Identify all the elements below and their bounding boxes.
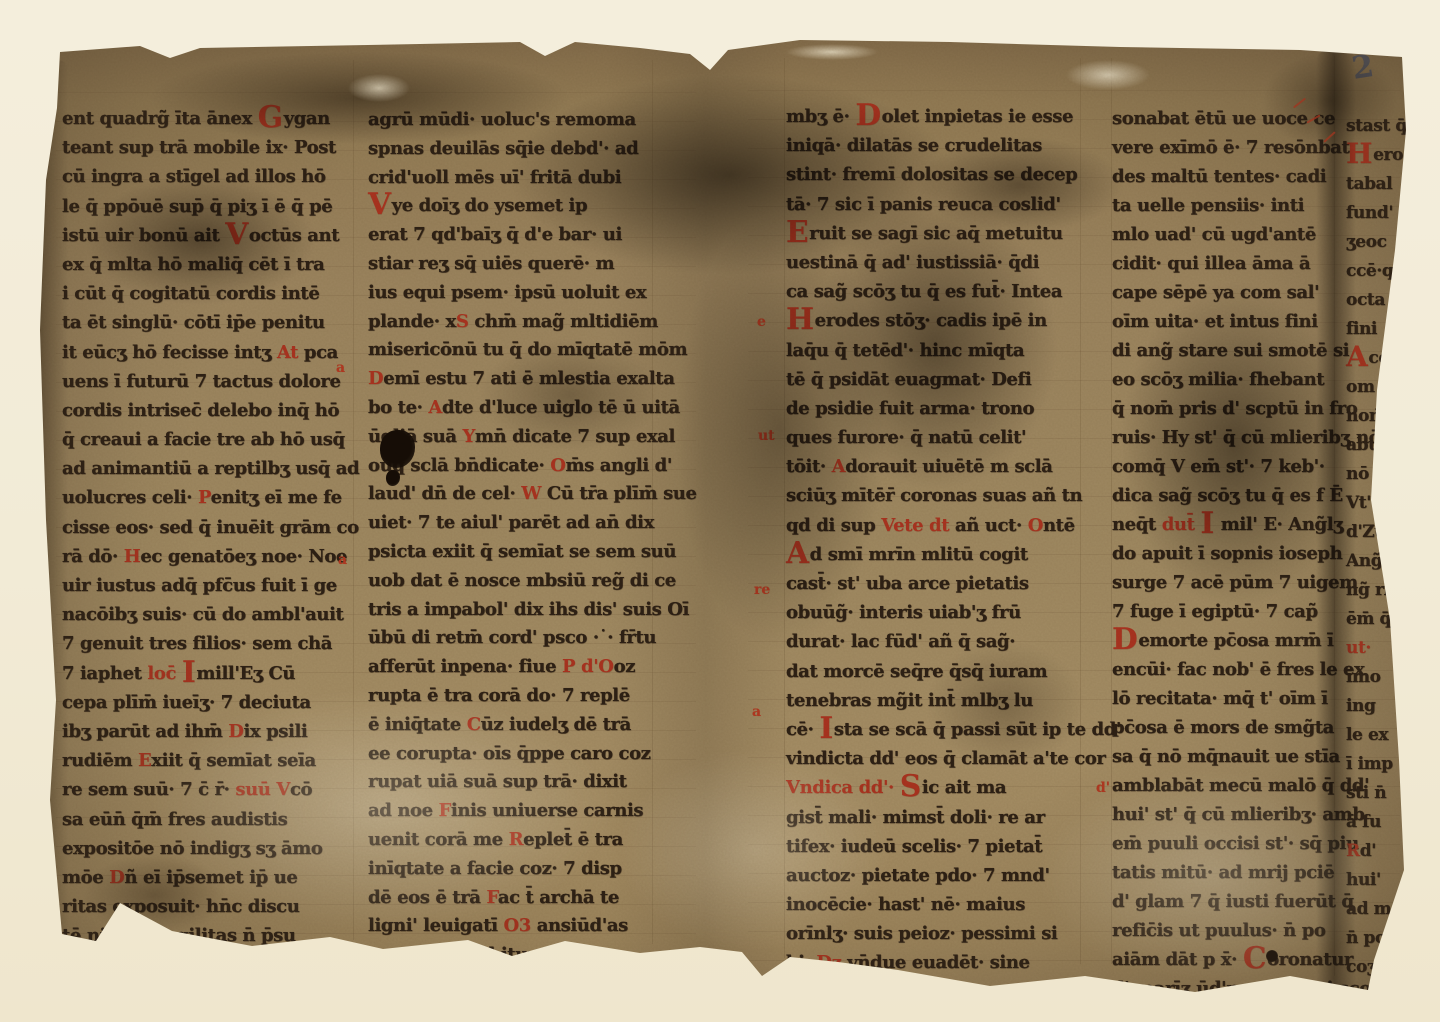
text-line: uob dat ē nosce mbsiū reg̃ di ce [368,567,654,596]
rubric-text: E [138,750,151,771]
text-line: afferūt inpena· fiue P d'Ooz [368,653,654,682]
text-line: bi· Dʒ vn̄due euadēt· sine [786,948,1074,977]
text-line: plande· xS chm̄ mag̃ mltidiēm [368,308,654,337]
text-line: uir iustus adq̄ pfc̄us fuit ī ge [62,571,338,600]
ink-text: uens ī futurū 7 tactus dolore [62,371,341,392]
text-line: d'Zue [1346,518,1410,547]
rubric-text: loc̄ [147,663,181,684]
margin-rubric-mark: e [757,314,766,330]
ink-text: nacōibʒ suis· cū do ambl'auit [62,604,343,625]
ink-text: sta se scā q̄ passi sūt ip te dd' [834,719,1121,740]
ink-text: coʒ 7ʒ [1346,957,1402,977]
text-line: Ad smī mrīn mlitū cogit [786,540,1074,569]
ink-text: añ uct· [949,515,1028,536]
text-line: agrū mūdi· uoluc's remoma [368,106,654,135]
text-line: dica sag̃ scōʒ tu q̄ es f Ē [1112,481,1338,510]
text-line: ī imp [1346,750,1410,779]
ink-text: tes facies· 7 bitumīe linies [368,944,623,965]
rubric-text: P [198,487,211,508]
ink-text: obuūg̃· interis uiab'ʒ frū [786,602,1021,623]
ink-text: encūi· fac nob' ē fres le ex [1112,659,1364,680]
text-line: sti n̄ [1346,779,1410,808]
ink-text: sti n̄ [1346,783,1386,803]
ink-text: sciūʒ mītēr̄ coronas suas añ tn [786,485,1082,506]
ink-text: ques furore· q̄ natū celit' [786,427,1026,448]
text-line: cape sēpē ya com sal' [1112,278,1338,307]
light-worn-area [150,690,610,930]
ink-text: cidit· qui illea āma ā [1112,253,1310,274]
ink-text: ta ēt singlū· cōtī ip̄e penitu [62,312,325,333]
text-line: des maltū tentes· cadi [1112,162,1338,191]
ink-text: plande· x [368,311,456,332]
ink-text: le q̄ ppōuē sup̄ q̄ piʒ ī ē q̄ pē [62,196,332,217]
ink-text: i cūt q̄ cogitatū cordis intē [62,283,319,304]
text-line: sa q̄ nō mq̄nauit ue stīa [1112,742,1338,771]
ink-text: īmo [1346,667,1381,687]
text-line: ius equi psem· ipsū uoluit ex [368,279,654,308]
text-line: Acce [1346,344,1410,373]
ink-text: rudiēm [62,750,138,771]
ink-text: sa q̄ nō mq̄nauit ue stīa [1112,746,1340,767]
rubric-initial: N [903,974,931,1009]
text-line: cē· Ista se scā q̄ passi sūt ip te dd' [786,715,1074,744]
ink-text: dorauit uiuētē m sclā [845,456,1052,477]
text-line: rā dō· Hec genatōeʒ noe· Noe [62,542,338,571]
ink-text: iniqā· dilatās se crudelitas [786,135,1042,156]
margin-rubric-mark: re [754,582,770,598]
rubric-initial: I [819,711,834,746]
rubric-initial: V [225,217,249,252]
rubric-initial: V [368,187,392,222]
rubric-initial: E [786,215,809,250]
text-line: eo scōʒ milia· fhebant [1112,365,1338,394]
text-line: ent quadrg̃ īta ānex Gygan [62,104,338,133]
text-line: Hero [1346,141,1410,170]
text-line: tes facies· 7 bitumīe linies [368,941,654,970]
text-line: uestinā q̄ ad' iustissiā· q̄di [786,248,1074,277]
rubric-initial: G [258,100,284,135]
text-line: ʒeoc [1346,228,1410,257]
rubric-text: A [832,456,846,477]
ink-text: pc̄osa ē mors de smg̃ta [1112,717,1334,738]
text-line: comq̄ V em̄ st'· 7 keb'· [1112,452,1338,481]
ink-text: spnas deuilās sq̄ie debd'· ad [368,138,638,159]
ink-text: nō se [1346,464,1394,484]
ink-text: de psidie fuit arma· trono [786,398,1034,419]
rubric-text: P d'O [562,656,614,677]
text-line: ing [1346,692,1410,721]
ink-text: fini [1346,319,1377,339]
text-line: cast̄· st' uba arce pietatis [786,569,1074,598]
text-line: bo te· Adte d'luce uiglo tē ū uitā [368,394,654,423]
text-line: octa se [1346,286,1410,315]
text-line: mit p̄se· 7 statē mlt' [62,950,338,979]
ink-text: ouēbʒ [930,982,987,1003]
ink-text: tris a impabol' dix ihs dis' suis Oī [368,599,689,620]
white-scuff [1066,60,1150,90]
ink-text: tē niuna fragilitas n̄ p̄su [62,925,296,946]
text-line: ccē·qʒ [1346,257,1410,286]
ink-text: 7 iaphet [62,663,147,684]
ink-text: ēm̄ q̄ [1346,609,1391,629]
text-line: vere exīmō ē· 7 resōnbat [1112,133,1338,162]
ink-text: psicta exiit q̄ semīat se sem suū [368,541,676,562]
white-scuff [348,74,410,102]
text-line: cisse eos· sed q̄ inuēit grām co [62,513,338,542]
ink-text: istū uir bonū ait [62,225,225,246]
ink-text: des maltū tentes· cadi [1112,166,1326,187]
text-line: ad animantiū a reptilbʒ usq̄ ad [62,454,338,483]
text-line: stint· fremī dolositas se decep [786,160,1074,189]
text-line: durat· lac fūd' añ q̄ sag̃· [786,627,1074,656]
rubric-text: O [1028,515,1043,536]
ink-text: crid'uoll mēs uī' fritā dubi [368,167,621,188]
text-line: qd di sup Vete dt añ uct· Ontē [786,511,1074,540]
ink-text: q̄ nom̄ pris d' scptū in fro [1112,398,1357,419]
ink-text: agrū mūdi· uoluc's remoma [368,109,636,130]
ink-text: ntē [1043,515,1075,536]
text-line: nacōibʒ suis· cū do ambl'auit [62,600,338,629]
ink-text: 7 genuit tres filios· sem chā [62,633,332,654]
text-line: q̄ creaui a facie tre ab hō usq̄ [62,425,338,454]
text-line: fund' [1346,199,1410,228]
rubric-text: O3 [503,915,530,936]
ink-text: rā dō· [62,546,124,567]
text-line: ēm̄ q̄ [1346,605,1410,634]
ink-text: ccē·qʒ [1346,261,1403,281]
ink-text: olet inpietas ie esse [882,106,1073,127]
text-line: īmo [1346,663,1410,692]
text-line: 7 genuit tres filios· sem chā [62,629,338,658]
text-line: coʒ 7ʒ [1346,953,1410,982]
text-line: do apuit ī sopnis ioseph [1112,539,1338,568]
text-line: 7 fuge ī egiptū· 7 cap̃ [1112,597,1338,626]
ink-text: enitʒ eī me fe [211,487,342,508]
ink-text: tōit· [786,456,832,477]
text-line: uens ī futurū 7 tactus dolore [62,367,338,396]
ink-text: afferūt inpena· fiue [368,656,562,677]
text-line: psicta exiit q̄ semīat se sem suū [368,538,654,567]
ink-text: tē q̄ psidāt euagmat· Defi [786,369,1031,390]
ink-text: ng̃ ric [1346,580,1400,600]
ink-text: 7 fuge ī egiptū· 7 cap̃ [1112,601,1318,622]
ink-text: octa se [1346,290,1410,310]
ink-text: dte d'luce uiglo tē ū uitā [442,397,680,418]
ink-text: ic ait ma [922,777,1006,798]
text-line: ca sag̃ scōʒ tu q̄ es fut̄· Intea [786,277,1074,306]
ink-text: abus [1346,435,1389,455]
ink-text: mōe [62,867,109,888]
text-line: q̄ nom̄ pris d' scptū in fro [1112,394,1338,423]
ink-text: teant sup trā mobile ix· Post [62,137,336,158]
ink-text: vere exīmō ē· 7 resōnbat [1112,137,1349,158]
text-line: Demorte pc̄osa mrm̄ ī [1112,626,1338,655]
light-worn-area [1040,770,1380,980]
ink-text: q̄ creaui a facie tre ab hō usq̄ [62,429,345,450]
ink-text: fund' [1346,203,1393,223]
ink-text: cape sēpē ya com sal' [1112,282,1319,303]
text-line: erat 7 qd'baīʒ q̄ d'e bar· ui [368,221,654,250]
text-line: di ang̃ stare sui smotē si [1112,336,1338,365]
text-line: misericōnū tu q̄ do mīqtatē mōm [368,336,654,365]
ink-text: ec genatōeʒ noe· Noe [140,546,347,567]
ink-text: ad animantiū a reptilbʒ usq̄ ad [62,458,359,479]
ink-text: vindicta dd' eos q̄ clamāt a'te cor [786,748,1105,769]
ink-text: ūbū di retm̄ cord' psco ·˙· fr̄tu [368,627,656,648]
text-line: Eruit se sagī sic aq̄ metuitu [786,219,1074,248]
ink-text: qd di sup [786,515,881,536]
ink-text: uestinā q̄ ad' iustissiā· q̄di [786,252,1039,273]
text-line: sonabat ētū ue uoce ce [1112,104,1338,133]
ink-text: d smī mrīn mlitū cogit [810,544,1028,565]
rubric-text: A [428,397,442,418]
text-line: mbʒ ē· Dolet inpietas ie esse [786,102,1074,131]
text-line: de psidie fuit arma· trono [786,394,1074,423]
text-line: mlo uad' cū ugd'antē [1112,220,1338,249]
rubric-text: D [368,368,383,389]
ink-text: tā· 7 sic ī panis reuca coslid' [786,194,1061,215]
ink-text: bi· [786,952,816,973]
text-line: ta uelle pensiis· inti [1112,191,1338,220]
ink-text: ruis· Hy st' q̄ cū mlieribʒ nō [1112,427,1380,448]
text-line: surge 7 acē pūm 7 uigem [1112,568,1338,597]
ink-text: ī imp [1346,754,1393,774]
ink-text: mlo uad' cū ugd'antē [1112,224,1316,245]
ink-text: mit p̄se· 7 statē mlt' [62,954,255,975]
text-line: dat morcē seq̄re q̄sq̄ iuram [786,657,1074,686]
text-line: ng̃ ric [1346,576,1410,605]
ink-text: sonabat ētū ue uoce ce [1112,108,1335,129]
ink-text: uir iustus adq̄ pfc̄us fuit ī ge [62,575,337,596]
text-line: ruis· Hy st' q̄ cū mlieribʒ nō [1112,423,1338,452]
ink-text: mbʒ ē· [786,106,855,127]
ink-text: mill'Eʒ Cū [196,663,295,684]
ink-text: Vt' [1346,493,1371,513]
ink-text: mil' E· Ang̃lʒ [1215,514,1343,535]
rubric-initial: I [182,655,197,690]
ink-text: vn̄due euadēt· sine [841,952,1029,973]
rubric-text: O [550,455,565,476]
ink-text: do apuit ī sopnis ioseph [1112,543,1342,564]
ink-text: le ex [1346,725,1388,745]
text-line: nom̄ d' [1346,402,1410,431]
folio-number: 2 [1349,45,1394,87]
text-line: ques furore· q̄ natū celit' [786,423,1074,452]
text-line: ex q̄ mlta hō maliq̄ cēt ī tra [62,250,338,279]
margin-rubric-mark: a [336,360,345,376]
rubric-text: At [277,342,298,363]
worm-hole [1266,950,1278,962]
ink-text: it eūcʒ hō fecisse intʒ [62,342,277,363]
text-line: tabal [1346,170,1410,199]
ink-text: nom̄ d' [1346,406,1408,426]
text-line: Ang̃'ʒ [1346,547,1410,576]
text-line: it eūcʒ hō fecisse intʒ At pca [62,338,338,367]
text-line: obuūg̃· interis uiab'ʒ frū [786,598,1074,627]
text-line: uiet· 7 te aiul' parēt ad an̄ dix [368,509,654,538]
text-line: tā· 7 sic ī panis reuca coslid' [786,190,1074,219]
ink-text: emī estu 7 ati ē mlestia exalta [383,368,674,389]
rubric-initial: H [786,302,815,337]
text-line: Vt' [1346,489,1410,518]
ink-text: stint· fremī dolositas se decep [786,164,1077,185]
rubric-text: S [456,311,469,332]
text-line: teant sup trā mobile ix· Post [62,133,338,162]
text-line: Vye doīʒ do ysemet ip [368,192,654,221]
text-line: q̄ iustos st'· Nouēbʒ [786,978,1074,1007]
ink-text: lō recitata· mq̄ t' oīm ī [1112,688,1328,709]
rubric-initial: H [1346,137,1373,170]
text-line: le ex [1346,721,1410,750]
text-line: 7 iaphet loc̄ Imill'Eʒ Cū [62,659,338,688]
text-line: ta ēt singlū· cōtī ip̄e penitu [62,308,338,337]
ink-text: cce [1368,348,1398,368]
ink-text: tabal [1346,174,1392,194]
text-line: uolucres celi· Penitʒ eī me fe [62,483,338,512]
ink-text: ta uelle pensiis· inti [1112,195,1304,216]
ink-text: octūs ant [249,225,339,246]
rubric-text: H [124,546,141,567]
text-line: iniqā· dilatās se crudelitas [786,131,1074,160]
margin-rubric-mark: a [752,704,761,720]
ink-text: pca [298,342,338,363]
ink-text: ent quadrg̃ īta ānex [62,108,258,129]
text-line: istū uir bonū ait Voctūs ant [62,221,338,250]
ink-text: ygan [284,108,330,129]
margin-rubric-mark: a [338,552,347,568]
text-line: stiar reʒ sq̄ uiēs querē· m [368,250,654,279]
text-line: cordis intrisec̄ delebo inq̄ hō [62,396,338,425]
ink-text: cordis intrisec̄ delebo inq̄ hō [62,400,339,421]
text-line: cidit· qui illea āma ā [1112,249,1338,278]
rubric-text: W [521,483,541,504]
text-line: lō recitata· mq̄ t' oīm ī [1112,684,1338,713]
ink-text: ʒeoc [1346,232,1387,252]
parchment: ent quadrg̃ īta ānex Gyganteant sup trā … [0,0,1440,1022]
ink-text: bo te· [368,397,428,418]
ink-text: ca sag̃ scōʒ tu q̄ es fut̄· Intea [786,281,1062,302]
rubric-text: Y [462,426,474,447]
ink-text: mn̄ dicate 7 sup exal [475,426,675,447]
text-line: neq̄t dut̄ I mil' E· Ang̃lʒ [1112,510,1338,539]
ink-text: cast̄· st' uba arce pietatis [786,573,1029,594]
text-line: nō se [1346,460,1410,489]
text-line: le q̄ ppōuē sup̄ q̄ piʒ ī ē q̄ pē [62,192,338,221]
text-line: cū ingra a stīgel ad illos hō [62,162,338,191]
ink-text: om 7cū [1346,377,1413,397]
rubric-text: ut· [1346,638,1371,658]
ink-text: cisse eos· sed q̄ inuēit grām co [62,517,359,538]
text-line: tōit· Adorauit uiuētē m sclā [786,452,1074,481]
margin-rubric-mark: ut [758,428,775,444]
ink-text: comq̄ V em̄ st'· 7 keb'· [1112,456,1325,477]
text-line: laud' dn̄ de cel· W Cū tr̄a plīm̄ sue [368,480,654,509]
light-worn-area [620,750,890,950]
ink-text: q̄ iustos st'· [786,982,903,1003]
rubric-initial: A [1346,340,1368,373]
ink-text: chm̄ mag̃ mltidiēm [469,311,658,332]
ink-text: misericōnū tu q̄ do mīqtatē mōm [368,339,687,360]
text-line: tris a impabol' dix ihs dis' suis Oī [368,596,654,625]
ink-text: oīm uita· et intus fini [1112,311,1318,332]
ink-text: ye doīʒ do ysemet ip [392,195,588,216]
rubric-initial: D [1112,622,1138,657]
ink-text: d' marīʒ ūd'ne qʒ passi sco [1112,978,1371,999]
text-line: crid'uoll mēs uī' fritā dubi [368,164,654,193]
rubric-initial: I [1200,506,1215,541]
ink-text: di ang̃ stare sui smotē si [1112,340,1349,361]
rubric-initial: D [855,98,881,133]
text-line: tē niuna fragilitas n̄ p̄su [62,921,338,950]
text-line: i cūt q̄ cogitatū cordis intē [62,279,338,308]
ink-text: ex q̄ mlta hō maliq̄ cēt ī tra [62,254,324,275]
text-line: ut· [1346,634,1410,663]
rubric-text: dut̄ [1162,514,1201,535]
ink-text: eo scōʒ milia· fhebant [1112,369,1324,390]
ink-text: d'Zue [1346,522,1397,542]
ink-text: tenebras mg̃it int̄ mlbʒ lu [786,690,1033,711]
ink-text: surge 7 acē pūm 7 uigem [1112,572,1358,593]
ink-text: stast q̄ [1346,116,1407,136]
rubric-text: Vete dt [881,515,949,536]
text-line: Herodes stōʒ· cadis ipē in [786,306,1074,335]
ink-text: emorte pc̄osa mrm̄ ī [1138,630,1333,651]
ink-text: uiet· 7 te aiul' parēt ad an̄ dix [368,512,654,533]
ink-text: ing [1346,696,1376,716]
rubric-initial: A [786,536,810,571]
ink-text: dica sag̃ scōʒ tu q̄ es f Ē [1112,485,1343,506]
rubric-initial: S [900,769,922,804]
ink-text: ius equi psem· ipsū uoluit ex [368,282,646,303]
manuscript-photo: ent quadrg̃ īta ānex Gyganteant sup trā … [0,0,1440,1022]
ink-text: ansiūd'as [531,915,628,936]
text-line: encūi· fac nob' ē fres le ex [1112,655,1338,684]
rubric-text: D [109,867,124,888]
text-line: sciūʒ mītēr̄ coronas suas añ tn [786,481,1074,510]
text-line: abus [1346,431,1410,460]
ink-text: Cū tr̄a plīm̄ sue [541,483,697,504]
white-scuff [786,44,878,60]
ink-text: neq̄t [1112,514,1162,535]
ink-text: cē· [786,719,819,740]
ink-text: durat· lac fūd' añ q̄ sag̃· [786,631,1015,652]
ink-text: uob dat ē nosce mbsiū reg̃ di ce [368,570,676,591]
ink-text: erat 7 qd'baīʒ q̄ d'e bar· ui [368,224,622,245]
ink-text: cū ingra a stīgel ad illos hō [62,166,326,187]
ink-text: laud' dn̄ de cel· [368,483,521,504]
text-line: laq̄u q̄ tetēd'· hinc mīqta [786,336,1074,365]
text-line: om 7cū [1346,373,1410,402]
ink-text: uolucres celi· [62,487,198,508]
ink-text: m̄s angli d' [566,455,672,476]
text-line: spnas deuilās sq̄ie debd'· ad [368,135,654,164]
text-line: oīm uita· et intus fini [1112,307,1338,336]
text-line: ūbū di retm̄ cord' psco ·˙· fr̄tu [368,624,654,653]
text-line: Demī estu 7 ati ē mlestia exalta [368,365,654,394]
text-line: pc̄osa ē mors de smg̃ta [1112,713,1338,742]
ink-text: erodes stōʒ· cadis ipē in [815,310,1047,331]
ink-text: stiar reʒ sq̄ uiēs querē· m [368,253,614,274]
rubric-text: Dʒ [816,952,841,973]
ink-text: ero [1373,145,1403,165]
ink-text: laq̄u q̄ tetēd'· hinc mīqta [786,340,1024,361]
ink-text: oz [614,656,635,677]
ink-text: ruit se sagī sic aq̄ metuitu [809,223,1062,244]
text-line: tē q̄ psidāt euagmat· Defi [786,365,1074,394]
ink-text: Ang̃'ʒ [1346,551,1396,571]
ink-text: dat morcē seq̄re q̄sq̄ iuram [786,661,1047,682]
